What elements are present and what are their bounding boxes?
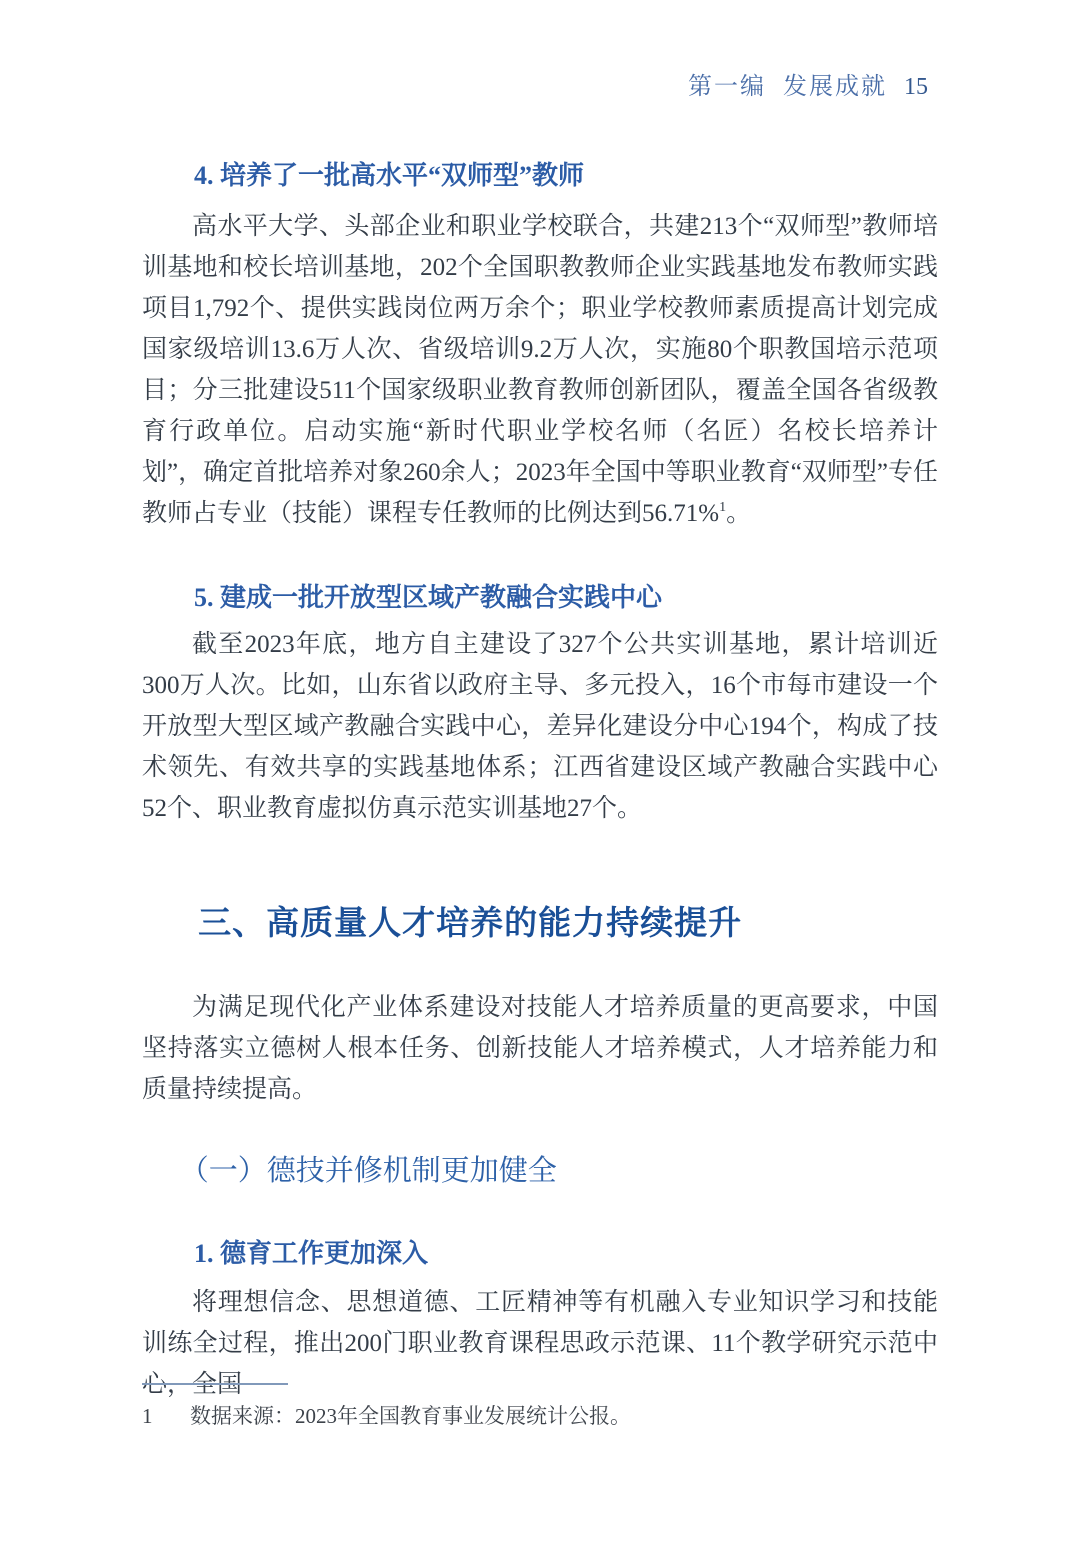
running-header: 第一编 发展成就 15 (688, 66, 928, 101)
heading-section-3: 三、高质量人才培养的能力持续提升 (142, 901, 938, 947)
page-content: 4. 培养了一批高水平“双师型”教师 高水平大学、头部企业和职业学校联合，共建2… (142, 158, 938, 1405)
footnote-text: 数据来源：2023年全国教育事业发展统计公报。 (190, 1401, 938, 1431)
heading-item-5: 5. 建成一批开放型区域产教融合实践中心 (142, 580, 938, 616)
paragraph-item-5: 截至2023年底，地方自主建设了327个公共实训基地，累计培训近300万人次。比… (142, 624, 938, 829)
paragraph-item-4-tail: 。 (726, 500, 751, 527)
paragraph-item-4-text: 高水平大学、头部企业和职业学校联合，共建213个“双师型”教师培训基地和校长培训… (142, 213, 938, 527)
heading-subsection-1: （一）德技并修机制更加健全 (142, 1150, 938, 1192)
heading-item-4: 4. 培养了一批高水平“双师型”教师 (142, 158, 938, 194)
footnote: 1 数据来源：2023年全国教育事业发展统计公报。 (142, 1401, 938, 1431)
running-header-part: 第一编 (688, 66, 766, 101)
footnote-marker: 1 (142, 1401, 190, 1431)
footnote-divider (142, 1383, 288, 1385)
heading-sub-item-1: 1. 德育工作更加深入 (142, 1236, 938, 1272)
page-number: 15 (904, 74, 928, 101)
footnote-area: 1 数据来源：2023年全国教育事业发展统计公报。 (142, 1383, 938, 1431)
running-header-chapter: 发展成就 (783, 66, 887, 101)
document-page: 第一编 发展成就 15 4. 培养了一批高水平“双师型”教师 高水平大学、头部企… (0, 0, 1080, 1561)
paragraph-item-4: 高水平大学、头部企业和职业学校联合，共建213个“双师型”教师培训基地和校长培训… (142, 206, 938, 534)
paragraph-section-3-intro: 为满足现代化产业体系建设对技能人才培养质量的更高要求，中国坚持落实立德树人根本任… (142, 987, 938, 1110)
